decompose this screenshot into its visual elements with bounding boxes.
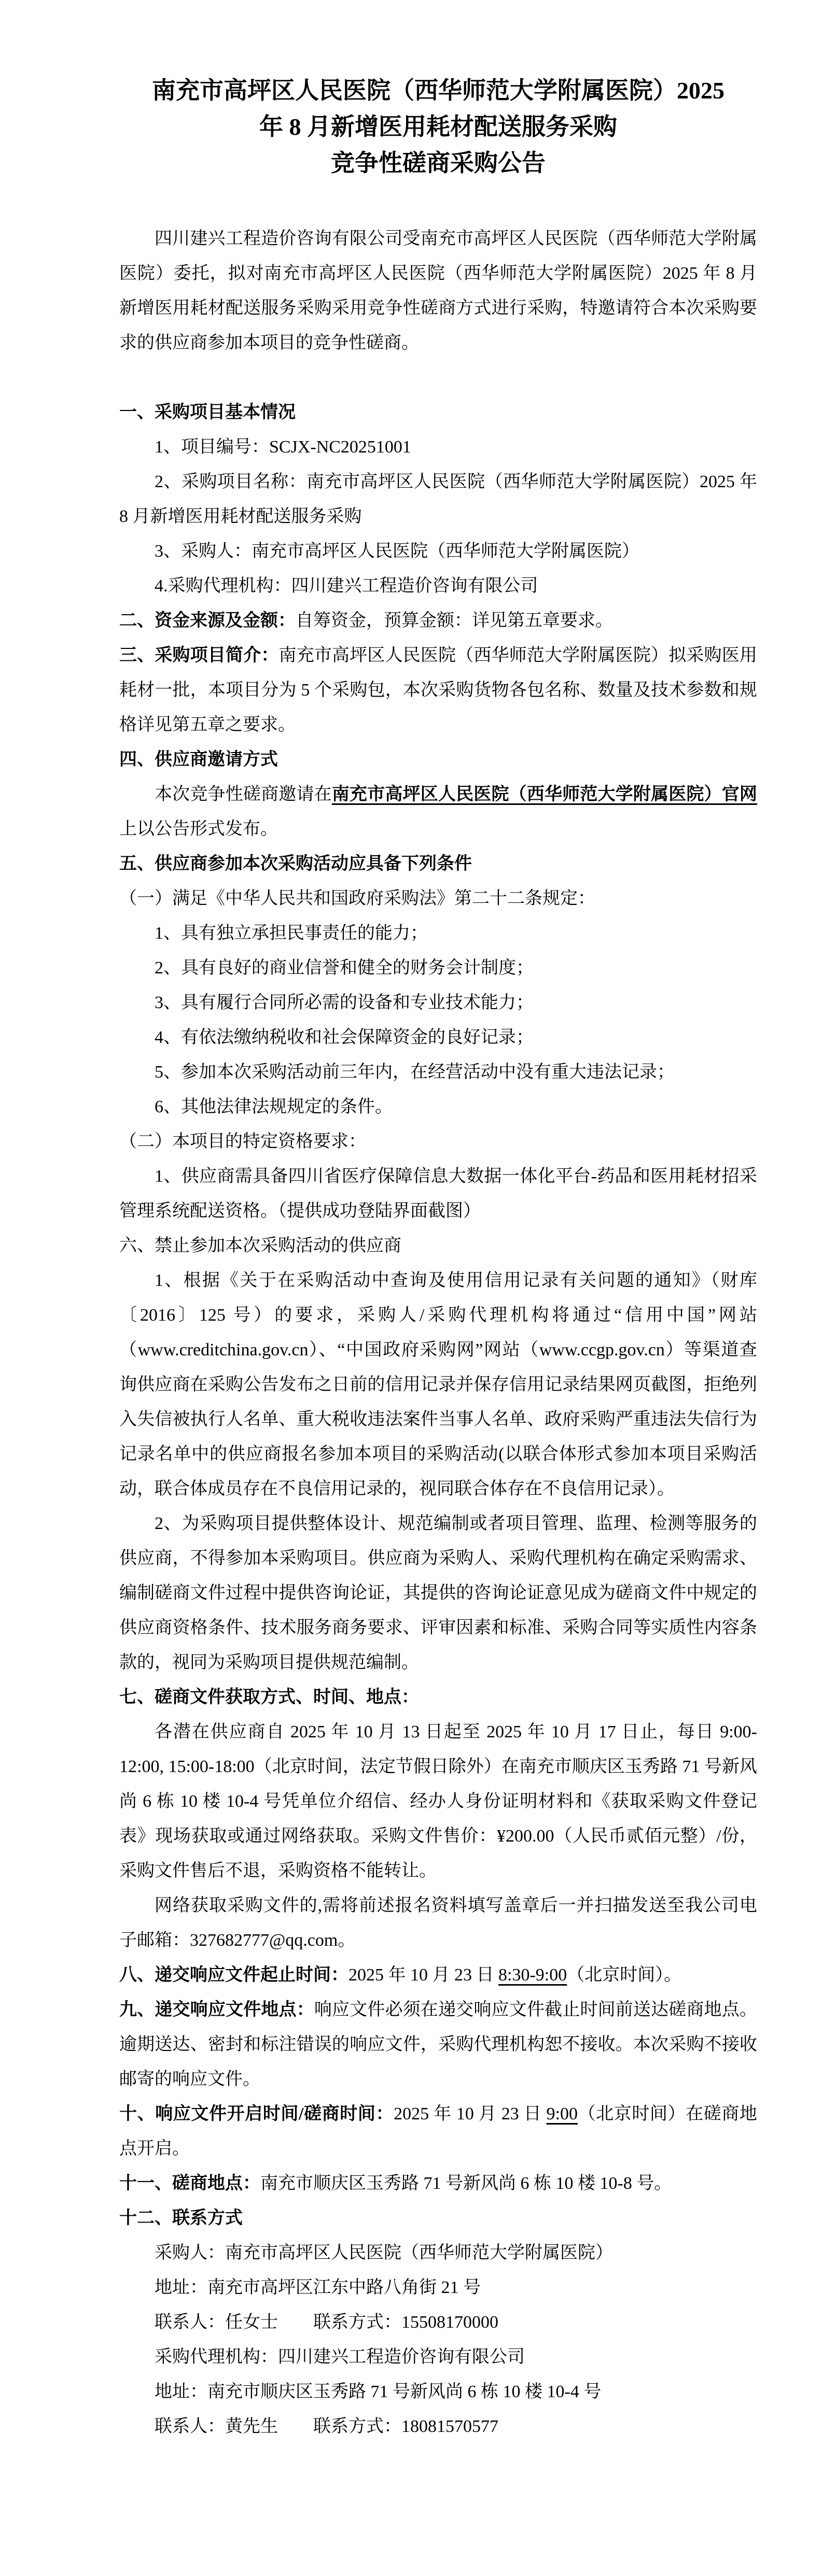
bold-text-run: 五、供应商参加本次采购活动应具备下列条件 bbox=[119, 854, 472, 873]
text-run: 四川建兴工程造价咨询有限公司受南充市高坪区人民医院（西华师范大学附属医院）委托，… bbox=[119, 229, 757, 352]
text-run: 六、禁止参加本次采购活动的供应商 bbox=[119, 1236, 401, 1255]
text-run: 1、具有独立承担民事责任的能力； bbox=[155, 924, 428, 943]
text-run: 3、具有履行合同所必需的设备和专业技术能力； bbox=[155, 993, 534, 1012]
specific-qualification: 1、供应商需具备四川省医疗保障信息大数据一体化平台-药品和医用耗材招采管理系统配… bbox=[119, 1159, 757, 1228]
section-2-funding: 二、资金来源及金额：自筹资金，预算金额：详见第五章要求。 bbox=[119, 603, 757, 638]
bold-text-run: 二、资金来源及金额： bbox=[119, 611, 296, 630]
section-11-venue: 十一、磋商地点：南充市顺庆区玉秀路 71 号新风尚 6 栋 10 楼 10-8 … bbox=[119, 2166, 757, 2201]
section-10-opening-time: 十、响应文件开启时间/磋商时间：2025 年 10 月 23 日 9:00（北京… bbox=[119, 2097, 757, 2166]
text-run: 采购代理机构：四川建兴工程造价咨询有限公司 bbox=[155, 2347, 525, 2367]
bold-text-run: 四、供应商邀请方式 bbox=[119, 750, 278, 769]
text-run: 4.采购代理机构：四川建兴工程造价咨询有限公司 bbox=[155, 576, 538, 596]
condition-item-6: 6、其他法律法规规定的条件。 bbox=[119, 1089, 757, 1124]
agency-contact: 采购代理机构：四川建兴工程造价咨询有限公司 bbox=[119, 2340, 757, 2374]
agency-address: 地址：南充市顺庆区玉秀路 71 号新风尚 6 栋 10 楼 10-4 号 bbox=[119, 2374, 757, 2409]
section-9-submission-place: 九、递交响应文件地点：响应文件必须在递交响应文件截止时间前送达磋商地点。逾期送达… bbox=[119, 1992, 757, 2097]
title-line-1: 南充市高坪区人民医院（西华师范大学附属医院）2025 bbox=[119, 73, 757, 109]
text-run: 本次竞争性磋商邀请在 bbox=[155, 785, 332, 804]
underlined-text-run: 8:30-9:00 bbox=[498, 1965, 567, 1985]
text-run: 南充市顺庆区玉秀路 71 号新风尚 6 栋 10 楼 10-8 号。 bbox=[260, 2174, 672, 2193]
section-1-heading: 一、采购项目基本情况 bbox=[119, 395, 757, 430]
purchaser-line: 3、采购人：南充市高坪区人民医院（西华师范大学附属医院） bbox=[119, 534, 757, 569]
project-number: 1、项目编号：SCJX-NC20251001 bbox=[119, 430, 757, 464]
text-run: 2025 年 10 月 23 日 bbox=[348, 1965, 498, 1985]
bold-text-run: 十、响应文件开启时间/磋商时间： bbox=[119, 2104, 394, 2124]
bold-text-run: 七、磋商文件获取方式、时间、地点： bbox=[119, 1688, 419, 1707]
text-run: 3、采购人：南充市高坪区人民医院（西华师范大学附属医院） bbox=[155, 542, 639, 561]
invitation-paragraph: 本次竞争性磋商邀请在南充市高坪区人民医院（西华师范大学附属医院）官网上以公告形式… bbox=[119, 777, 757, 846]
section-12-heading: 十二、联系方式 bbox=[119, 2201, 757, 2235]
text-run: 1、根据《关于在采购活动中查询及使用信用记录有关问题的通知》（财库〔2016〕1… bbox=[119, 1271, 757, 1498]
text-run: 地址：南充市顺庆区玉秀路 71 号新风尚 6 栋 10 楼 10-4 号 bbox=[155, 2382, 601, 2401]
section-4-heading: 四、供应商邀请方式 bbox=[119, 742, 757, 777]
text-run: 1、项目编号：SCJX-NC20251001 bbox=[155, 437, 411, 457]
title-line-2: 年 8 月新增医用耗材配送服务采购 bbox=[119, 109, 757, 145]
condition-group-2: （二）本项目的特定资格要求： bbox=[119, 1124, 757, 1159]
intro-paragraph: 四川建兴工程造价咨询有限公司受南充市高坪区人民医院（西华师范大学附属医院）委托，… bbox=[119, 221, 757, 360]
credit-record-paragraph: 1、根据《关于在采购活动中查询及使用信用记录有关问题的通知》（财库〔2016〕1… bbox=[119, 1263, 757, 1506]
underlined-text-run: 9:00 bbox=[547, 2104, 578, 2124]
project-name: 2、采购项目名称：南充市高坪区人民医院（西华师范大学附属医院）2025 年 8 … bbox=[119, 464, 757, 534]
text-run: 联系人：任女士 联系方式：15508170000 bbox=[155, 2313, 498, 2332]
text-run: （二）本项目的特定资格要求： bbox=[119, 1132, 366, 1151]
text-run: 上以公告形式发布。 bbox=[119, 819, 278, 839]
text-run: 2025 年 10 月 23 日 bbox=[394, 2104, 546, 2124]
text-run: 联系人：黄先生 联系方式：18081570577 bbox=[155, 2417, 498, 2436]
text-run: 自筹资金，预算金额：详见第五章要求。 bbox=[296, 611, 613, 630]
bold-text-run: 十一、磋商地点： bbox=[119, 2174, 260, 2193]
document-acquisition-paragraph: 各潜在供应商自 2025 年 10 月 13 日起至 2025 年 10 月 1… bbox=[119, 1715, 757, 1888]
condition-item-1: 1、具有独立承担民事责任的能力； bbox=[119, 916, 757, 951]
design-service-restriction: 2、为采购项目提供整体设计、规范编制或者项目管理、监理、检测等服务的供应商，不得… bbox=[119, 1506, 757, 1680]
text-run: 各潜在供应商自 2025 年 10 月 13 日起至 2025 年 10 月 1… bbox=[119, 1722, 757, 1880]
text-run: 4、有依法缴纳税收和社会保障资金的良好记录； bbox=[155, 1028, 534, 1047]
bold-text-run: 八、递交响应文件起止时间： bbox=[119, 1965, 348, 1985]
condition-item-4: 4、有依法缴纳税收和社会保障资金的良好记录； bbox=[119, 1020, 757, 1055]
section-5-heading: 五、供应商参加本次采购活动应具备下列条件 bbox=[119, 846, 757, 881]
purchaser-contact: 采购人：南充市高坪区人民医院（西华师范大学附属医院） bbox=[119, 2235, 757, 2270]
text-run: 2、为采购项目提供整体设计、规范编制或者项目管理、监理、检测等服务的供应商，不得… bbox=[119, 1514, 757, 1672]
title-line-3: 竞争性磋商采购公告 bbox=[119, 145, 757, 181]
text-run: 2、具有良好的商业信誉和健全的财务会计制度； bbox=[155, 958, 534, 978]
text-run: 1、供应商需具备四川省医疗保障信息大数据一体化平台-药品和医用耗材招采管理系统配… bbox=[119, 1167, 757, 1221]
text-run: （北京时间）。 bbox=[567, 1965, 681, 1985]
section-6-heading: 六、禁止参加本次采购活动的供应商 bbox=[119, 1228, 757, 1263]
underlined-text-run: 南充市高坪区人民医院（西华师范大学附属医院）官网 bbox=[332, 785, 757, 804]
condition-item-5: 5、参加本次采购活动前三年内，在经营活动中没有重大违法记录； bbox=[119, 1055, 757, 1089]
bold-text-run: 三、采购项目简介： bbox=[119, 646, 279, 665]
text-run: （一）满足《中华人民共和国政府采购法》第二十二条规定： bbox=[119, 889, 595, 908]
document-body: 四川建兴工程造价咨询有限公司受南充市高坪区人民医院（西华师范大学附属医院）委托，… bbox=[119, 221, 757, 2444]
condition-item-3: 3、具有履行合同所必需的设备和专业技术能力； bbox=[119, 985, 757, 1020]
section-3-brief: 三、采购项目简介：南充市高坪区人民医院（西华师范大学附属医院）拟采购医用耗材一批… bbox=[119, 638, 757, 742]
document-page: 南充市高坪区人民医院（西华师范大学附属医院）2025 年 8 月新增医用耗材配送… bbox=[0, 0, 823, 2576]
condition-group-1: （一）满足《中华人民共和国政府采购法》第二十二条规定： bbox=[119, 881, 757, 916]
document-title: 南充市高坪区人民医院（西华师范大学附属医院）2025 年 8 月新增医用耗材配送… bbox=[119, 73, 757, 181]
text-run: 采购人：南充市高坪区人民医院（西华师范大学附属医院） bbox=[155, 2243, 613, 2262]
text-run: 地址：南充市高坪区江东中路八角街 21 号 bbox=[155, 2278, 481, 2297]
bold-text-run: 九、递交响应文件地点： bbox=[119, 2000, 314, 2019]
condition-item-2: 2、具有良好的商业信誉和健全的财务会计制度； bbox=[119, 951, 757, 985]
purchaser-contact-person: 联系人：任女士 联系方式：15508170000 bbox=[119, 2305, 757, 2340]
agency-contact-person: 联系人：黄先生 联系方式：18081570577 bbox=[119, 2409, 757, 2444]
online-acquisition-paragraph: 网络获取采购文件的,需将前述报名资料填写盖章后一并扫描发送至我公司电子邮箱：32… bbox=[119, 1888, 757, 1958]
bold-text-run: 一、采购项目基本情况 bbox=[119, 403, 296, 422]
bold-text-run: 十二、联系方式 bbox=[119, 2209, 243, 2228]
section-8-submission-time: 八、递交响应文件起止时间：2025 年 10 月 23 日 8:30-9:00（… bbox=[119, 1958, 757, 1992]
agency-line: 4.采购代理机构：四川建兴工程造价咨询有限公司 bbox=[119, 569, 757, 603]
text-run: 网络获取采购文件的,需将前述报名资料填写盖章后一并扫描发送至我公司电子邮箱：32… bbox=[119, 1896, 757, 1950]
text-run: 6、其他法律法规规定的条件。 bbox=[155, 1097, 393, 1116]
text-run: 5、参加本次采购活动前三年内，在经营活动中没有重大违法记录； bbox=[155, 1063, 675, 1082]
purchaser-address: 地址：南充市高坪区江东中路八角街 21 号 bbox=[119, 2270, 757, 2305]
section-7-heading: 七、磋商文件获取方式、时间、地点： bbox=[119, 1680, 757, 1715]
text-run: 2、采购项目名称：南充市高坪区人民医院（西华师范大学附属医院）2025 年 8 … bbox=[119, 472, 757, 526]
